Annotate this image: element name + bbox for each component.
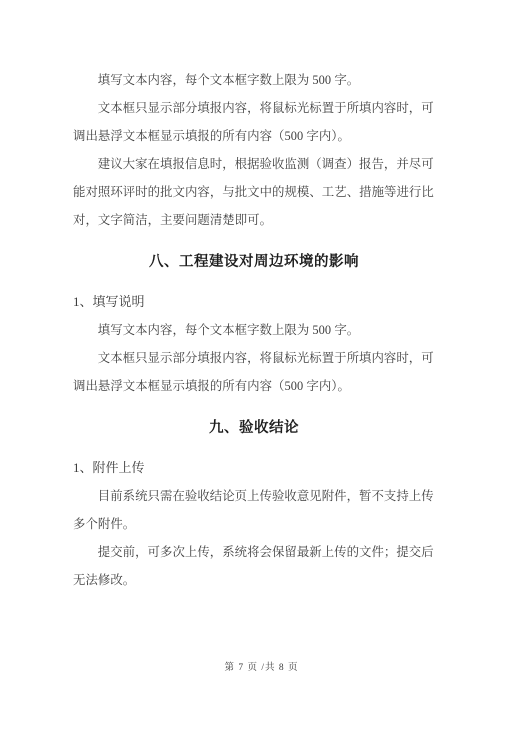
section-heading: 九、验收结论 [73, 414, 435, 442]
paragraph-line: 提交前，可多次上传，系统将会保留最新上传的文件；提交后 [73, 538, 435, 566]
subsection-title: 1、附件上传 [73, 454, 435, 482]
section-heading: 八、工程建设对周边环境的影响 [73, 248, 435, 276]
paragraph-line: 文本框只显示部分填报内容，将鼠标光标置于所填内容时，可 [73, 94, 435, 122]
page-footer: 第 7 页 /共 8 页 [0, 657, 523, 675]
paragraph-line: 无法修改。 [73, 566, 435, 594]
document-page: 填写文本内容，每个文本框字数上限为 500 字。文本框只显示部分填报内容，将鼠标… [0, 0, 523, 740]
paragraph-line: 能对照环评时的批文内容，与批文中的规模、工艺、措施等进行比 [73, 178, 435, 206]
paragraph-line: 文本框只显示部分填报内容，将鼠标光标置于所填内容时，可 [73, 344, 435, 372]
subsection-title: 1、填写说明 [73, 288, 435, 316]
paragraph-line: 填写文本内容，每个文本框字数上限为 500 字。 [73, 316, 435, 344]
paragraph-line: 目前系统只需在验收结论页上传验收意见附件，暂不支持上传 [73, 482, 435, 510]
paragraph-line: 填写文本内容，每个文本框字数上限为 500 字。 [73, 66, 435, 94]
paragraph-line: 建议大家在填报信息时，根据验收监测（调查）报告，并尽可 [73, 150, 435, 178]
paragraph-line: 调出悬浮文本框显示填报的所有内容（500 字内）。 [73, 122, 435, 150]
paragraph-line: 多个附件。 [73, 510, 435, 538]
page-number: 第 7 页 /共 8 页 [224, 663, 298, 673]
document-content: 填写文本内容，每个文本框字数上限为 500 字。文本框只显示部分填报内容，将鼠标… [73, 66, 435, 594]
paragraph-line: 对，文字简洁，主要问题清楚即可。 [73, 206, 435, 234]
paragraph-line: 调出悬浮文本框显示填报的所有内容（500 字内）。 [73, 372, 435, 400]
